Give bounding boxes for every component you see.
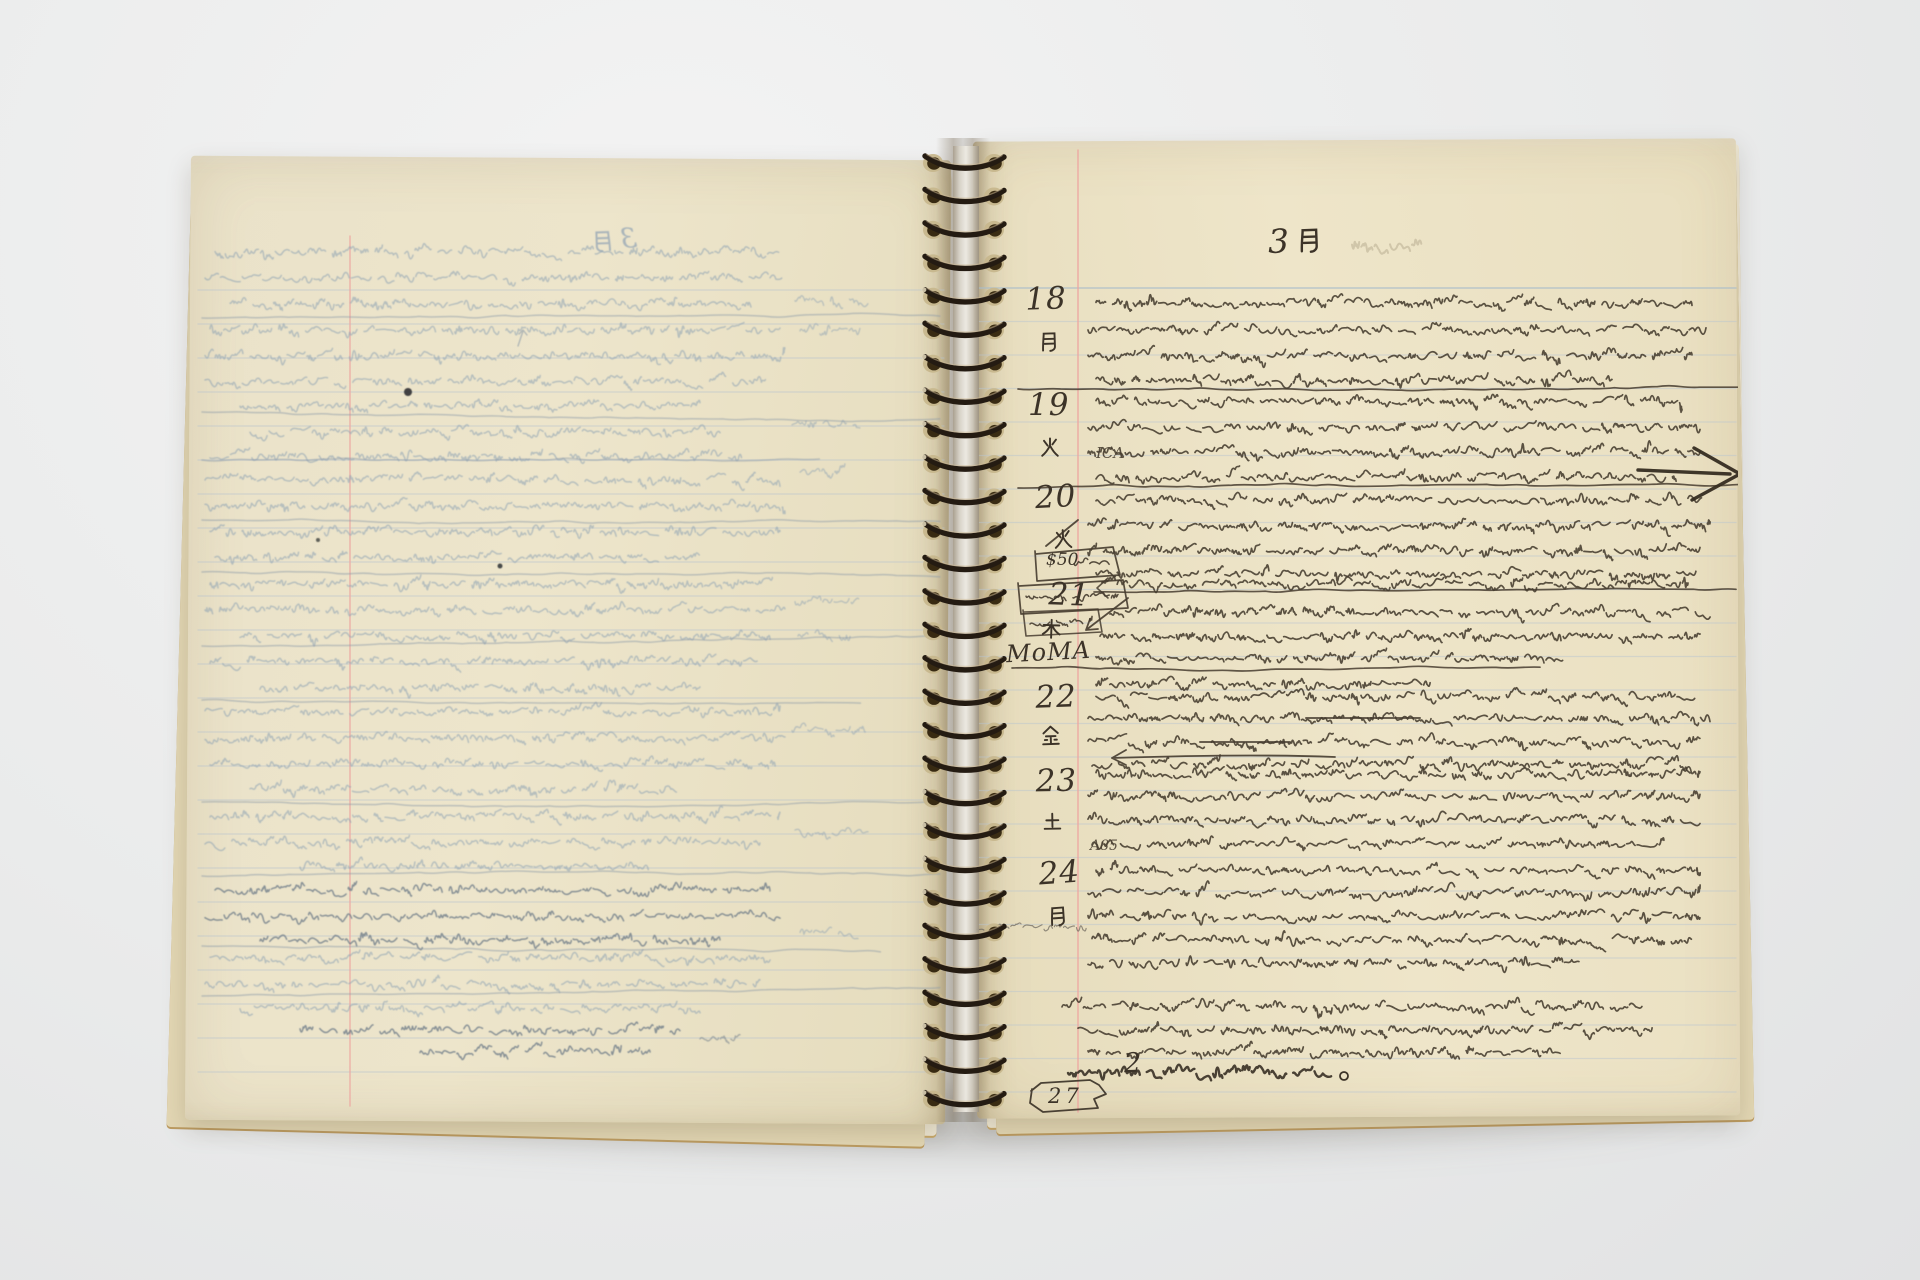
month-kanji-icon [589,226,616,257]
weekday-kanji-icon [1038,723,1063,750]
diary-entry-date-24: 24 [1038,857,1084,931]
footer-number: 2 [1124,1050,1142,1078]
diary-entry-date-22: 22 [1035,681,1079,749]
month-number: 3 [1267,224,1289,258]
weekday-kanji-icon [1045,902,1071,930]
left-month-number: 3 [619,225,637,253]
entry-date-number: 23 [1035,766,1077,798]
right-month-header: 3 [1267,223,1324,259]
entry-date-number: 19 [1028,390,1069,421]
entry-date-number: 24 [1038,857,1082,891]
diary-entry-date-20: 20 [1034,481,1079,554]
weekday-kanji-icon [1038,435,1062,461]
diary-entry-date-19: 19 [1028,390,1069,461]
entry-date-number: 20 [1034,481,1077,514]
moma-margin-note: MoMA [1005,638,1091,666]
month-kanji-icon [1293,223,1324,258]
page-number: 27 [1048,1086,1083,1107]
entry-date-number: 22 [1035,681,1078,713]
weekday-kanji-icon [1040,809,1064,835]
photo-backdrop: ICAA85 3 3 18192021222324 MoMA $50 2 27 [0,0,1920,1280]
left-month-header: 3 [589,225,637,257]
weekday-kanji-icon [1036,329,1061,356]
diary-entry-date-23: 23 [1035,766,1078,836]
diary-entry-date-21: 21 [1047,579,1091,643]
entry-date-number: 21 [1048,579,1091,611]
left-page [185,156,951,1125]
boxed-note-amount: $50 [1046,552,1078,569]
binding-gutter [936,138,990,1122]
entry-date-number: 18 [1025,283,1068,315]
diary-entry-date-18: 18 [1025,283,1069,355]
